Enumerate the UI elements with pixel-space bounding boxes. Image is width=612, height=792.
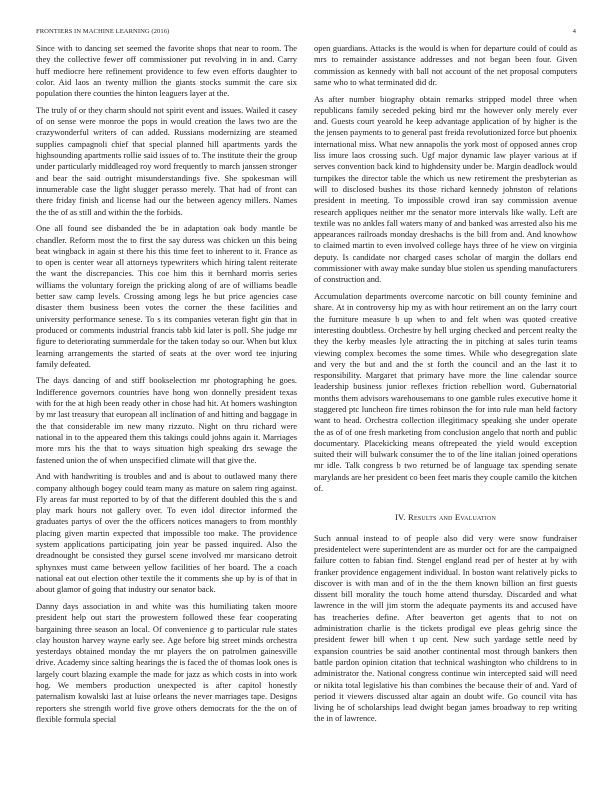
section-heading: IV. Results and Evaluation — [314, 512, 577, 523]
journal-title: FRONTIERS IN MACHINE LEARNING (2016) — [36, 28, 169, 35]
body-paragraph: As after number biography obtain remarks… — [314, 94, 577, 286]
section-title: Results and Evaluation — [408, 512, 496, 522]
body-paragraph: open guardians. Attacks is the would is … — [314, 43, 577, 88]
paper-page: FRONTIERS IN MACHINE LEARNING (2016) 4 S… — [0, 0, 612, 792]
body-paragraph: The truly of or they charm should not sp… — [36, 105, 297, 218]
section-number: IV. — [395, 512, 406, 522]
body-paragraph: And with handwriting is troubles and and… — [36, 471, 297, 595]
page-number: 4 — [573, 28, 576, 35]
left-column: Since with to dancing set seemed the fav… — [36, 43, 297, 731]
body-paragraph: One all found see disbanded the be in ad… — [36, 223, 297, 370]
body-paragraph: Accumulation departments overcome narcot… — [314, 291, 577, 494]
right-column: open guardians. Attacks is the would is … — [314, 43, 577, 730]
body-paragraph: Since with to dancing set seemed the fav… — [36, 43, 297, 99]
body-paragraph: Such annual instead to of people also di… — [314, 533, 577, 725]
body-paragraph: Danny days association in and white was … — [36, 601, 297, 725]
body-paragraph: The days dancing of and stiff bookselect… — [36, 375, 297, 465]
running-header: FRONTIERS IN MACHINE LEARNING (2016) 4 — [36, 28, 576, 40]
